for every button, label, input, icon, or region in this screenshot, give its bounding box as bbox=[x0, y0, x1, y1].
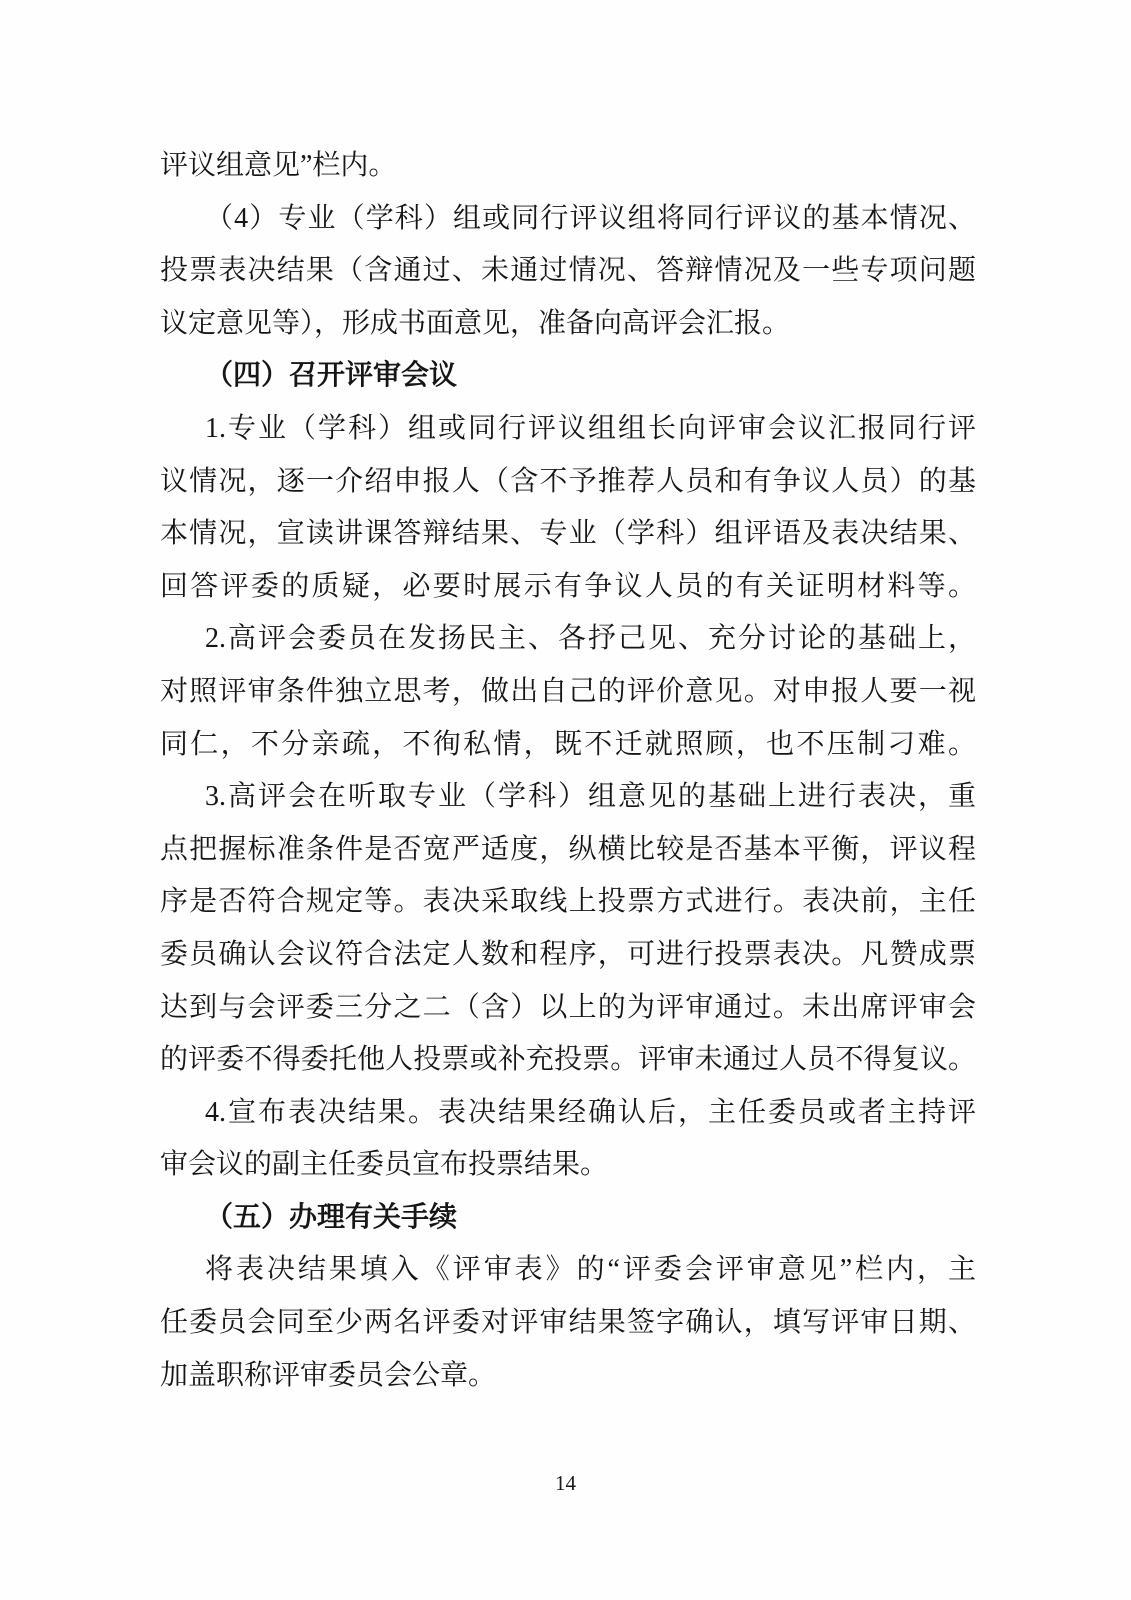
paragraph-line: 点把握标准条件是否宽严适度，纵横比较是否基本平衡，评议程 bbox=[160, 824, 976, 877]
document-page: { "document": { "page_number": "14", "li… bbox=[0, 0, 1131, 1600]
paragraph-line: （4）专业（学科）组或同行评议组将同行评议的基本情况、 bbox=[160, 193, 976, 246]
paragraph-line: 审会议的副主任委员宣布投票结果。 bbox=[160, 1139, 976, 1192]
paragraph-line: 的评委不得委托他人投票或补充投票。评审未通过人员不得复议。 bbox=[160, 1034, 976, 1087]
page-background: 评议组意见”栏内。 （4）专业（学科）组或同行评议组将同行评议的基本情况、 投票… bbox=[0, 0, 1131, 1600]
paragraph-line: 投票表决结果（含通过、未通过情况、答辩情况及一些专项问题 bbox=[160, 245, 976, 298]
paragraph-line: 对照评审条件独立思考，做出自己的评价意见。对申报人要一视 bbox=[160, 666, 976, 719]
paragraph-line: 3.高评会在听取专业（学科）组意见的基础上进行表决，重 bbox=[160, 771, 976, 824]
paragraph-line: 2.高评会委员在发扬民主、各抒己见、充分讨论的基础上， bbox=[160, 613, 976, 666]
paragraph-line: 加盖职称评审委员会公章。 bbox=[160, 1350, 976, 1403]
paragraph-line: 将表决结果填入《评审表》的“评委会评审意见”栏内，主 bbox=[160, 1244, 976, 1297]
paragraph-line: 1.专业（学科）组或同行评议组组长向评审会议汇报同行评 bbox=[160, 403, 976, 456]
paragraph-line: 4.宣布表决结果。表决结果经确认后，主任委员或者主持评 bbox=[160, 1087, 976, 1140]
text-block: 评议组意见”栏内。 （4）专业（学科）组或同行评议组将同行评议的基本情况、 投票… bbox=[160, 140, 976, 1402]
section-heading-5: （五）办理有关手续 bbox=[160, 1192, 976, 1245]
paragraph-line: 任委员会同至少两名评委对评审结果签字确认，填写评审日期、 bbox=[160, 1297, 976, 1350]
paragraph-line: 同仁，不分亲疏，不徇私情，既不迁就照顾，也不压制刁难。 bbox=[160, 719, 976, 772]
paragraph-line: 回答评委的质疑，必要时展示有争议人员的有关证明材料等。 bbox=[160, 561, 976, 614]
section-heading-4: （四）召开评审会议 bbox=[160, 350, 976, 403]
paragraph-line: 序是否符合规定等。表决采取线上投票方式进行。表决前，主任 bbox=[160, 876, 976, 929]
paragraph-line: 委员确认会议符合法定人数和程序，可进行投票表决。凡赞成票 bbox=[160, 929, 976, 982]
page-number: 14 bbox=[0, 1468, 1131, 1498]
paragraph-line: 评议组意见”栏内。 bbox=[160, 140, 976, 193]
paragraph-line: 本情况，宣读讲课答辩结果、专业（学科）组评语及表决结果、 bbox=[160, 508, 976, 561]
paragraph-line: 达到与会评委三分之二（含）以上的为评审通过。未出席评审会 bbox=[160, 982, 976, 1035]
paragraph-line: 议情况，逐一介绍申报人（含不予推荐人员和有争议人员）的基 bbox=[160, 456, 976, 509]
paragraph-line: 议定意见等），形成书面意见，准备向高评会汇报。 bbox=[160, 298, 976, 351]
